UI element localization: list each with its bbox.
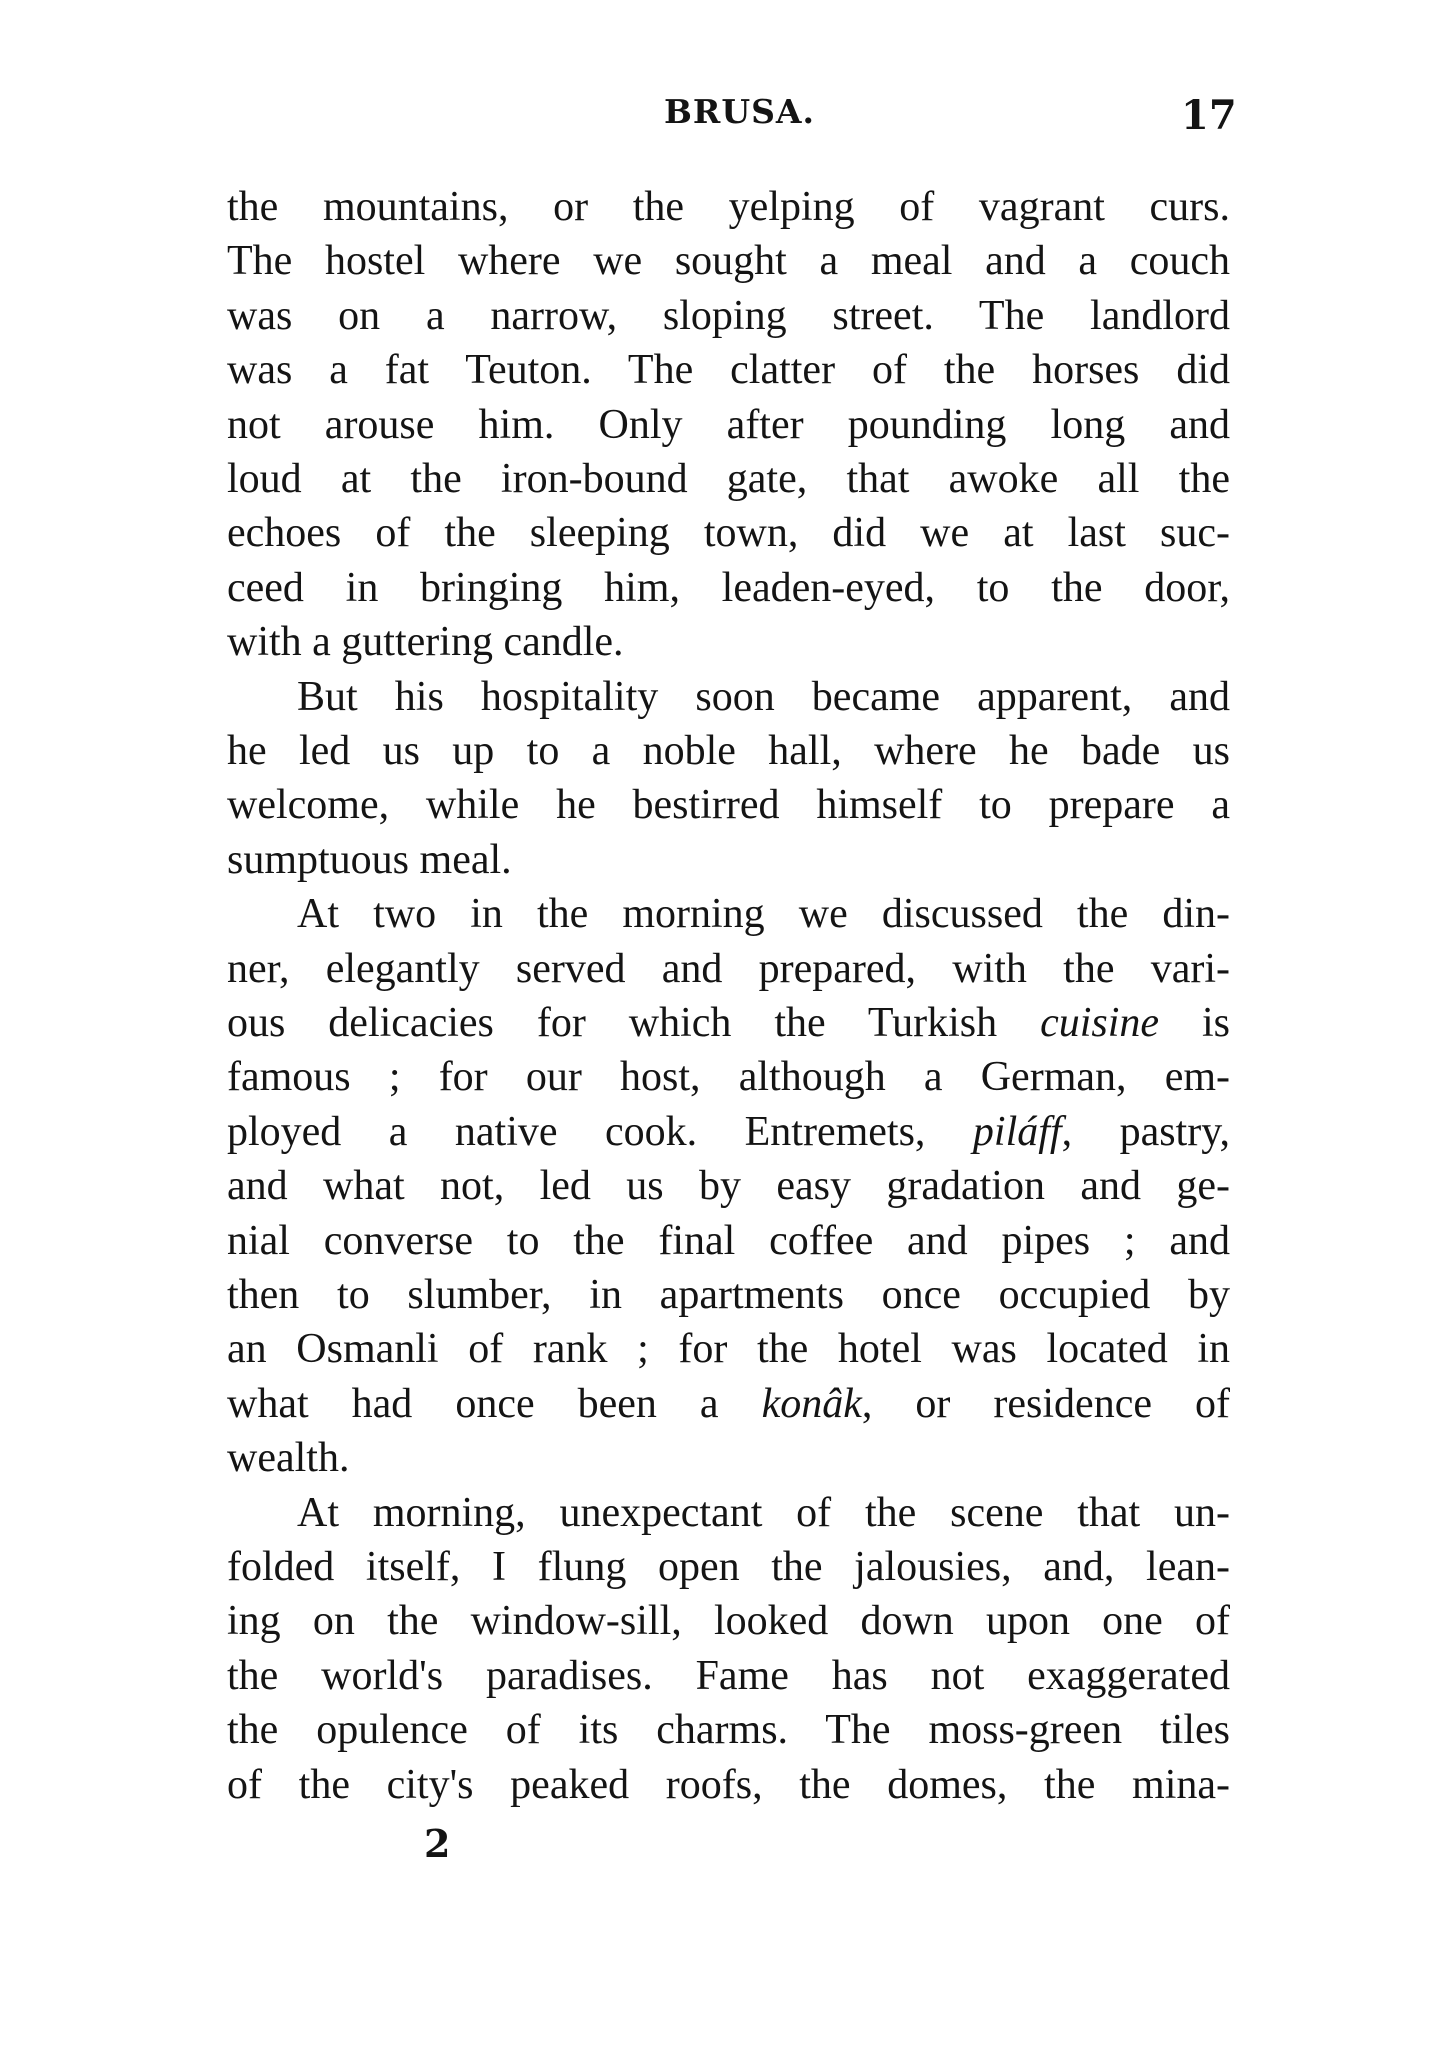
text-segment: is	[1159, 1000, 1230, 1046]
text-line: ployed a native cook. Entremets, piláff,…	[227, 1105, 1230, 1159]
text-line: was on a narrow, sloping street. The lan…	[227, 289, 1230, 343]
text-segment: ployed a native cook. Entremets,	[227, 1109, 973, 1155]
text-line: an Osmanli of rank ; for the hotel was l…	[227, 1322, 1230, 1376]
text-line: loud at the iron-bound gate, that awoke …	[227, 452, 1230, 506]
text-line: wealth.	[227, 1431, 1230, 1485]
text-line: At two in the morning we discussed the d…	[297, 887, 1230, 941]
text-line: echoes of the sleeping town, did we at l…	[227, 506, 1230, 560]
text-line: was a fat Teuton. The clatter of the hor…	[227, 343, 1230, 397]
text-line: and what not, led us by easy gradation a…	[227, 1159, 1230, 1213]
text-line: the opulence of its charms. The moss-gre…	[227, 1703, 1230, 1757]
book-page: BRUSA. 17 the mountains, or the yelping …	[0, 0, 1445, 2051]
text-line: the mountains, or the yelping of vagrant…	[227, 180, 1230, 234]
text-line: not arouse him. Only after pounding long…	[227, 398, 1230, 452]
italic-term: piláff	[973, 1109, 1062, 1155]
text-line: of the city's peaked roofs, the domes, t…	[227, 1758, 1230, 1812]
text-segment: , or residence of	[862, 1381, 1230, 1427]
text-segment: , pastry,	[1062, 1109, 1230, 1155]
text-line: the world's paradises. Fame has not exag…	[227, 1649, 1230, 1703]
text-line: ing on the window-sill, looked down upon…	[227, 1594, 1230, 1648]
text-line: ner, elegantly served and prepared, with…	[227, 942, 1230, 996]
text-segment: what had once been a	[227, 1381, 762, 1427]
text-line: folded itself, I flung open the jalousie…	[227, 1540, 1230, 1594]
text-line: But his hospitality soon became apparent…	[297, 670, 1230, 724]
signature-mark: 2	[424, 1822, 450, 1866]
text-line: sumptuous meal.	[227, 833, 1230, 887]
body-text: the mountains, or the yelping of vagrant…	[0, 0, 1445, 2051]
text-line: then to slumber, in apartments once occu…	[227, 1268, 1230, 1322]
text-line: ous delicacies for which the Turkish cui…	[227, 996, 1230, 1050]
text-line: he led us up to a noble hall, where he b…	[227, 724, 1230, 778]
italic-term: cuisine	[1040, 1000, 1159, 1046]
text-segment: ous delicacies for which the Turkish	[227, 1000, 1040, 1046]
text-line: what had once been a konâk, or residence…	[227, 1377, 1230, 1431]
text-line: famous ; for our host, although a German…	[227, 1050, 1230, 1104]
text-line: welcome, while he bestirred himself to p…	[227, 778, 1230, 832]
text-line: ceed in bringing him, leaden-eyed, to th…	[227, 561, 1230, 615]
text-line: The hostel where we sought a meal and a …	[227, 234, 1230, 288]
text-line: nial converse to the final coffee and pi…	[227, 1214, 1230, 1268]
text-line: with a guttering candle.	[227, 615, 1230, 669]
italic-term: konâk	[762, 1381, 862, 1427]
text-line: At morning, unexpectant of the scene tha…	[297, 1486, 1230, 1540]
